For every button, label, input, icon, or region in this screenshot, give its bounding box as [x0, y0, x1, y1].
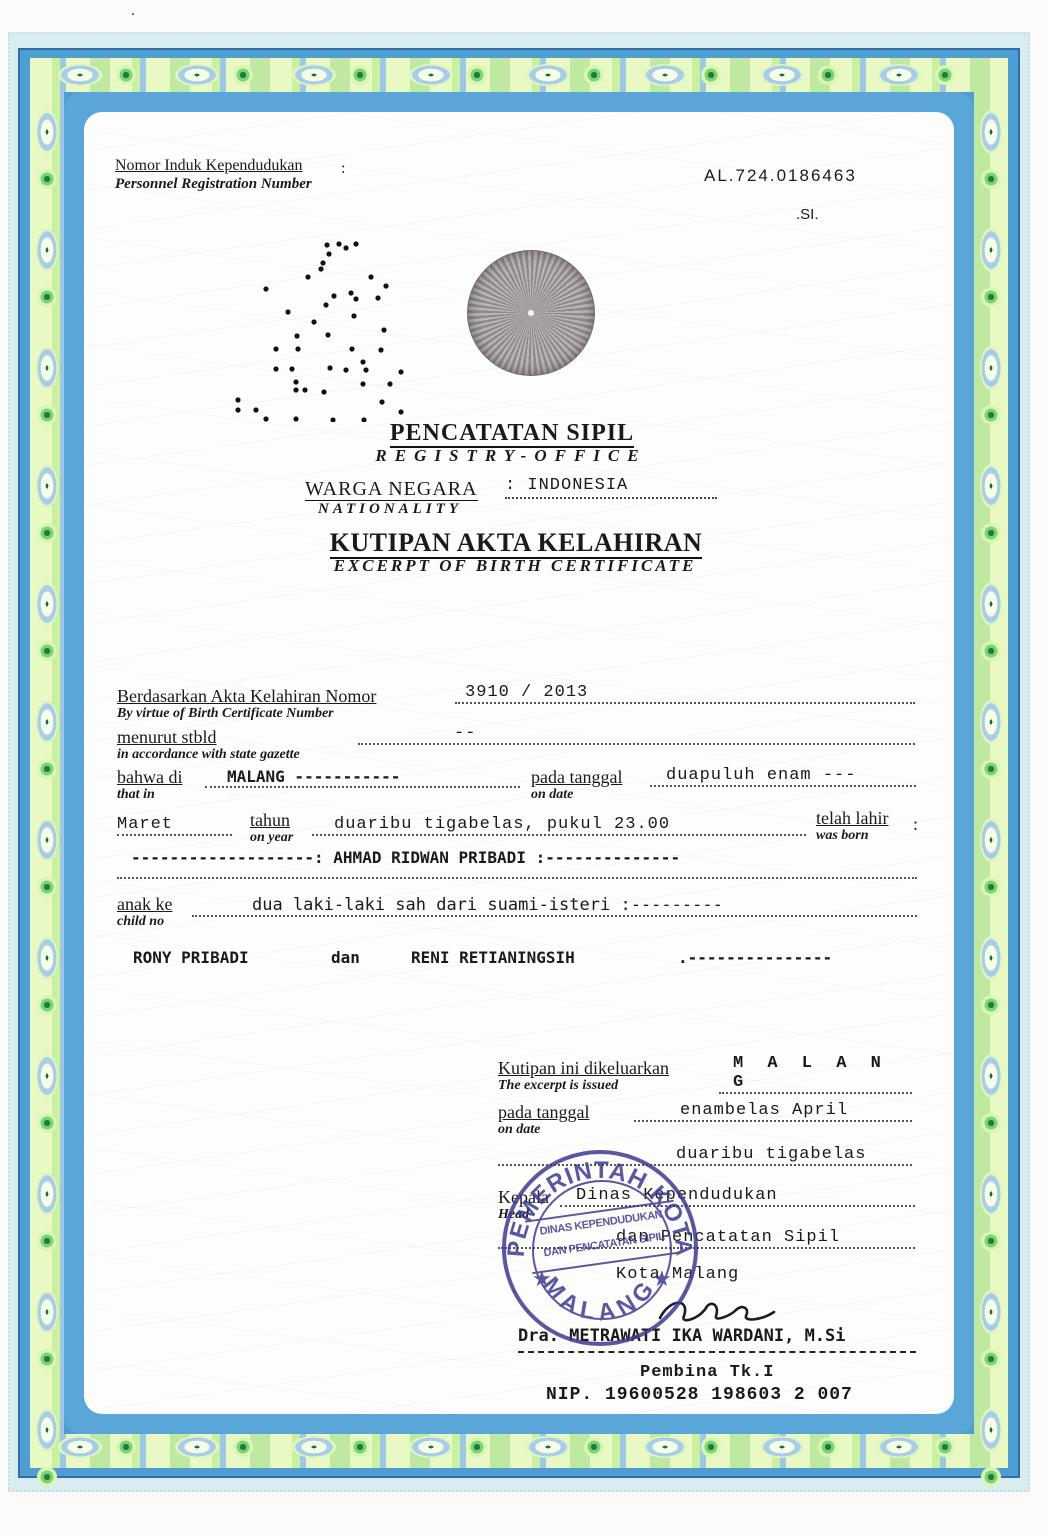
issued-date-label: pada tanggal on date	[498, 1102, 589, 1138]
office-subtitle: REGISTRY-OFFICE	[0, 446, 1022, 466]
issued-label-en: The excerpt is issued	[498, 1078, 669, 1094]
year-label: tahun on year	[250, 810, 293, 846]
nationality-label-en: NATIONALITY	[318, 501, 462, 518]
border-ornament	[467, 65, 487, 85]
border-ornament	[818, 65, 838, 85]
border-ornament	[350, 1437, 370, 1457]
border-ornament	[409, 1436, 453, 1458]
born-colon: :	[913, 814, 918, 835]
border-ornament	[350, 65, 370, 85]
border-ornament	[37, 1467, 57, 1487]
border-ornament	[981, 169, 1001, 189]
border-ornament	[37, 759, 57, 779]
nationality-label-id: WARGA NEGARA	[305, 478, 478, 501]
border-ornament	[37, 995, 57, 1015]
border-ornament	[37, 287, 57, 307]
month-value: Maret	[117, 815, 232, 836]
border-ornament	[37, 641, 57, 661]
border-ornament	[36, 228, 58, 272]
border-ornament	[980, 110, 1002, 154]
border-ornament	[980, 346, 1002, 390]
border-ornament	[233, 1437, 253, 1457]
document-title: KUTIPAN AKTA KELAHIRAN	[0, 528, 1032, 558]
border-ornament	[58, 64, 102, 86]
mother-name: RENI RETIANINGSIH	[411, 948, 575, 967]
parents-conjunction: dan	[331, 948, 360, 967]
border-ornament	[760, 64, 804, 86]
border-ornament	[980, 818, 1002, 862]
personnel-registration-label-id: Nomor Induk Kependudukan	[115, 157, 312, 175]
border-ornament	[981, 287, 1001, 307]
border-ornament	[36, 818, 58, 862]
nationality-value: : INDONESIA	[505, 476, 717, 499]
border-ornament	[233, 65, 253, 85]
border-ornament	[980, 700, 1002, 744]
border-ornament	[643, 1436, 687, 1458]
child-no-label-en: child no	[117, 914, 172, 930]
border-ornament	[584, 1437, 604, 1457]
date-label-en: on date	[531, 787, 622, 803]
border-ornament	[37, 1113, 57, 1133]
border-ornament	[36, 1408, 58, 1452]
border-ornament	[116, 1437, 136, 1457]
father-name: RONY PRIBADI	[133, 948, 249, 967]
border-ornament	[980, 464, 1002, 508]
border-ornament	[981, 877, 1001, 897]
nationality-label: WARGA NEGARA	[305, 478, 478, 501]
border-ornament	[981, 1467, 1001, 1487]
border-ornament	[980, 1290, 1002, 1334]
place-label-en: that in	[117, 787, 182, 803]
border-ornament	[877, 64, 921, 86]
border-ornament	[701, 65, 721, 85]
born-label-en: was born	[816, 828, 888, 844]
border-ornament	[980, 1054, 1002, 1098]
border-ornament	[526, 1436, 570, 1458]
border-ornament	[36, 582, 58, 626]
border-ornament	[981, 641, 1001, 661]
document-title-text: KUTIPAN AKTA KELAHIRAN	[330, 528, 703, 559]
border-ornament	[877, 1436, 921, 1458]
border-ornament	[643, 64, 687, 86]
border-ornament	[981, 759, 1001, 779]
stbld-label-en: in accordance with state gazette	[117, 747, 300, 763]
child-no-label: anak ke child no	[117, 894, 172, 930]
border-ornament	[935, 1437, 955, 1457]
stbld-value: --	[358, 724, 915, 745]
border-ornament	[818, 1437, 838, 1457]
border-ornament	[58, 1436, 102, 1458]
date-value: duapuluh enam ---	[650, 766, 916, 787]
child-name-line: -------------------: AHMAD RIDWAN PRIBAD…	[117, 848, 917, 879]
border-ornament	[935, 65, 955, 85]
border-ornament	[981, 1231, 1001, 1251]
border-ornament	[116, 65, 136, 85]
stbld-label-id: menurut stbld	[117, 727, 217, 747]
cert-number-label: Berdasarkan Akta Kelahiran Nomor By virt…	[117, 686, 376, 722]
child-no-label-id: anak ke	[117, 894, 172, 914]
personnel-registration-label: Nomor Induk Kependudukan Personnel Regis…	[115, 157, 312, 193]
border-ornament	[36, 936, 58, 980]
year-label-en: on year	[250, 830, 293, 846]
border-ornament	[37, 877, 57, 897]
border-ornament	[175, 1436, 219, 1458]
cert-number-value: 3910 / 2013	[455, 683, 915, 704]
place-label-id: bahwa di	[117, 767, 182, 787]
border-ornament	[175, 64, 219, 86]
border-ornament	[36, 464, 58, 508]
border-ornament	[292, 64, 336, 86]
border-ornament	[37, 1231, 57, 1251]
border-ornament	[584, 65, 604, 85]
date-label-id: pada tanggal	[531, 767, 622, 787]
border-ornament	[36, 1054, 58, 1098]
border-ornament	[409, 64, 453, 86]
issued-label: Kutipan ini dikeluarkan The excerpt is i…	[498, 1058, 669, 1094]
border-ornament	[981, 1113, 1001, 1133]
place-value: MALANG -----------	[205, 767, 520, 788]
personnel-registration-label-en: Personnel Registration Number	[115, 175, 312, 193]
border-ornament	[467, 1437, 487, 1457]
border-ornament	[980, 1172, 1002, 1216]
issued-date-label-en: on date	[498, 1122, 589, 1138]
border-ornament	[981, 1349, 1001, 1369]
hologram-seal-icon	[467, 250, 595, 376]
border-ornament	[980, 228, 1002, 272]
cert-number-label-en: By virtue of Birth Certificate Number	[117, 706, 376, 722]
border-ornament	[701, 1437, 721, 1457]
personnel-registration-number: AL.724.0186463	[704, 166, 857, 186]
issued-place: M A L A N G	[719, 1054, 912, 1094]
signatory-rank: Pembina Tk.I	[640, 1363, 774, 1382]
border-ornament	[36, 346, 58, 390]
born-label: telah lahir was born	[816, 808, 888, 844]
issued-date-label-id: pada tanggal	[498, 1102, 589, 1122]
stbld-label: menurut stbld in accordance with state g…	[117, 727, 300, 763]
date-label: pada tanggal on date	[531, 767, 622, 803]
office-title: PENCATATAN SIPIL	[0, 420, 1024, 447]
year-label-id: tahun	[250, 810, 290, 830]
year-value: duaribu tigabelas, pukul 23.00	[312, 815, 806, 836]
border-ornament	[37, 169, 57, 189]
place-label: bahwa di that in	[117, 767, 182, 803]
parents-trailer: .---------------	[678, 948, 832, 967]
official-stamp: PEMERINTAH KOTA MALANG ★ ★ DINAS KEPENDU…	[502, 1150, 698, 1346]
border-ornament	[980, 936, 1002, 980]
border-ornament	[760, 1436, 804, 1458]
border-ornament	[37, 1349, 57, 1369]
border-ornament	[980, 582, 1002, 626]
border-ornament	[980, 1408, 1002, 1452]
border-ornament	[36, 110, 58, 154]
stray-mark	[132, 13, 134, 15]
personnel-registration-colon: :	[341, 160, 345, 178]
border-ornament	[36, 1172, 58, 1216]
border-ornament	[981, 995, 1001, 1015]
signature-divider	[518, 1351, 916, 1353]
office-title-text: PENCATATAN SIPIL	[390, 420, 634, 448]
born-label-id: telah lahir	[816, 808, 888, 828]
cert-number-label-id: Berdasarkan Akta Kelahiran Nomor	[117, 686, 376, 706]
border-ornament	[292, 1436, 336, 1458]
issued-label-id: Kutipan ini dikeluarkan	[498, 1058, 669, 1078]
personnel-registration-suffix: .SI.	[796, 206, 819, 223]
border-ornament	[36, 1290, 58, 1334]
border-ornament	[36, 700, 58, 744]
border-ornament	[526, 64, 570, 86]
document-subtitle: EXCERPT OF BIRTH CERTIFICATE	[0, 556, 1030, 576]
child-no-value: dua laki-laki sah dari suami-isteri :---…	[192, 895, 917, 917]
issued-date-line1: enambelas April	[634, 1101, 912, 1122]
signatory-nip: NIP. 19600528 198603 2 007	[546, 1385, 853, 1405]
